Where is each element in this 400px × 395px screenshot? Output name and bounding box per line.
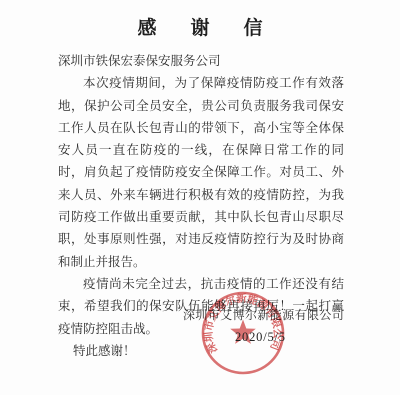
letter-title: 感谢信	[0, 13, 400, 40]
letter-page: 感谢信 深圳市铁保宏泰保安服务公司 本次疫情期间，为了保障疫情防疫工作有效落地，…	[0, 0, 400, 395]
paragraph-1: 本次疫情期间，为了保障疫情防疫工作有效落地，保护公司全员安全，贵公司负责服务我司…	[58, 72, 344, 273]
signature-date: 2020/5/5	[235, 330, 286, 345]
recipient-line: 深圳市铁保宏泰保安服务公司	[58, 50, 344, 72]
closing-line: 特此感谢！	[58, 340, 344, 362]
signature-company: 深圳市艾博尔新能源有限公司	[183, 306, 344, 323]
